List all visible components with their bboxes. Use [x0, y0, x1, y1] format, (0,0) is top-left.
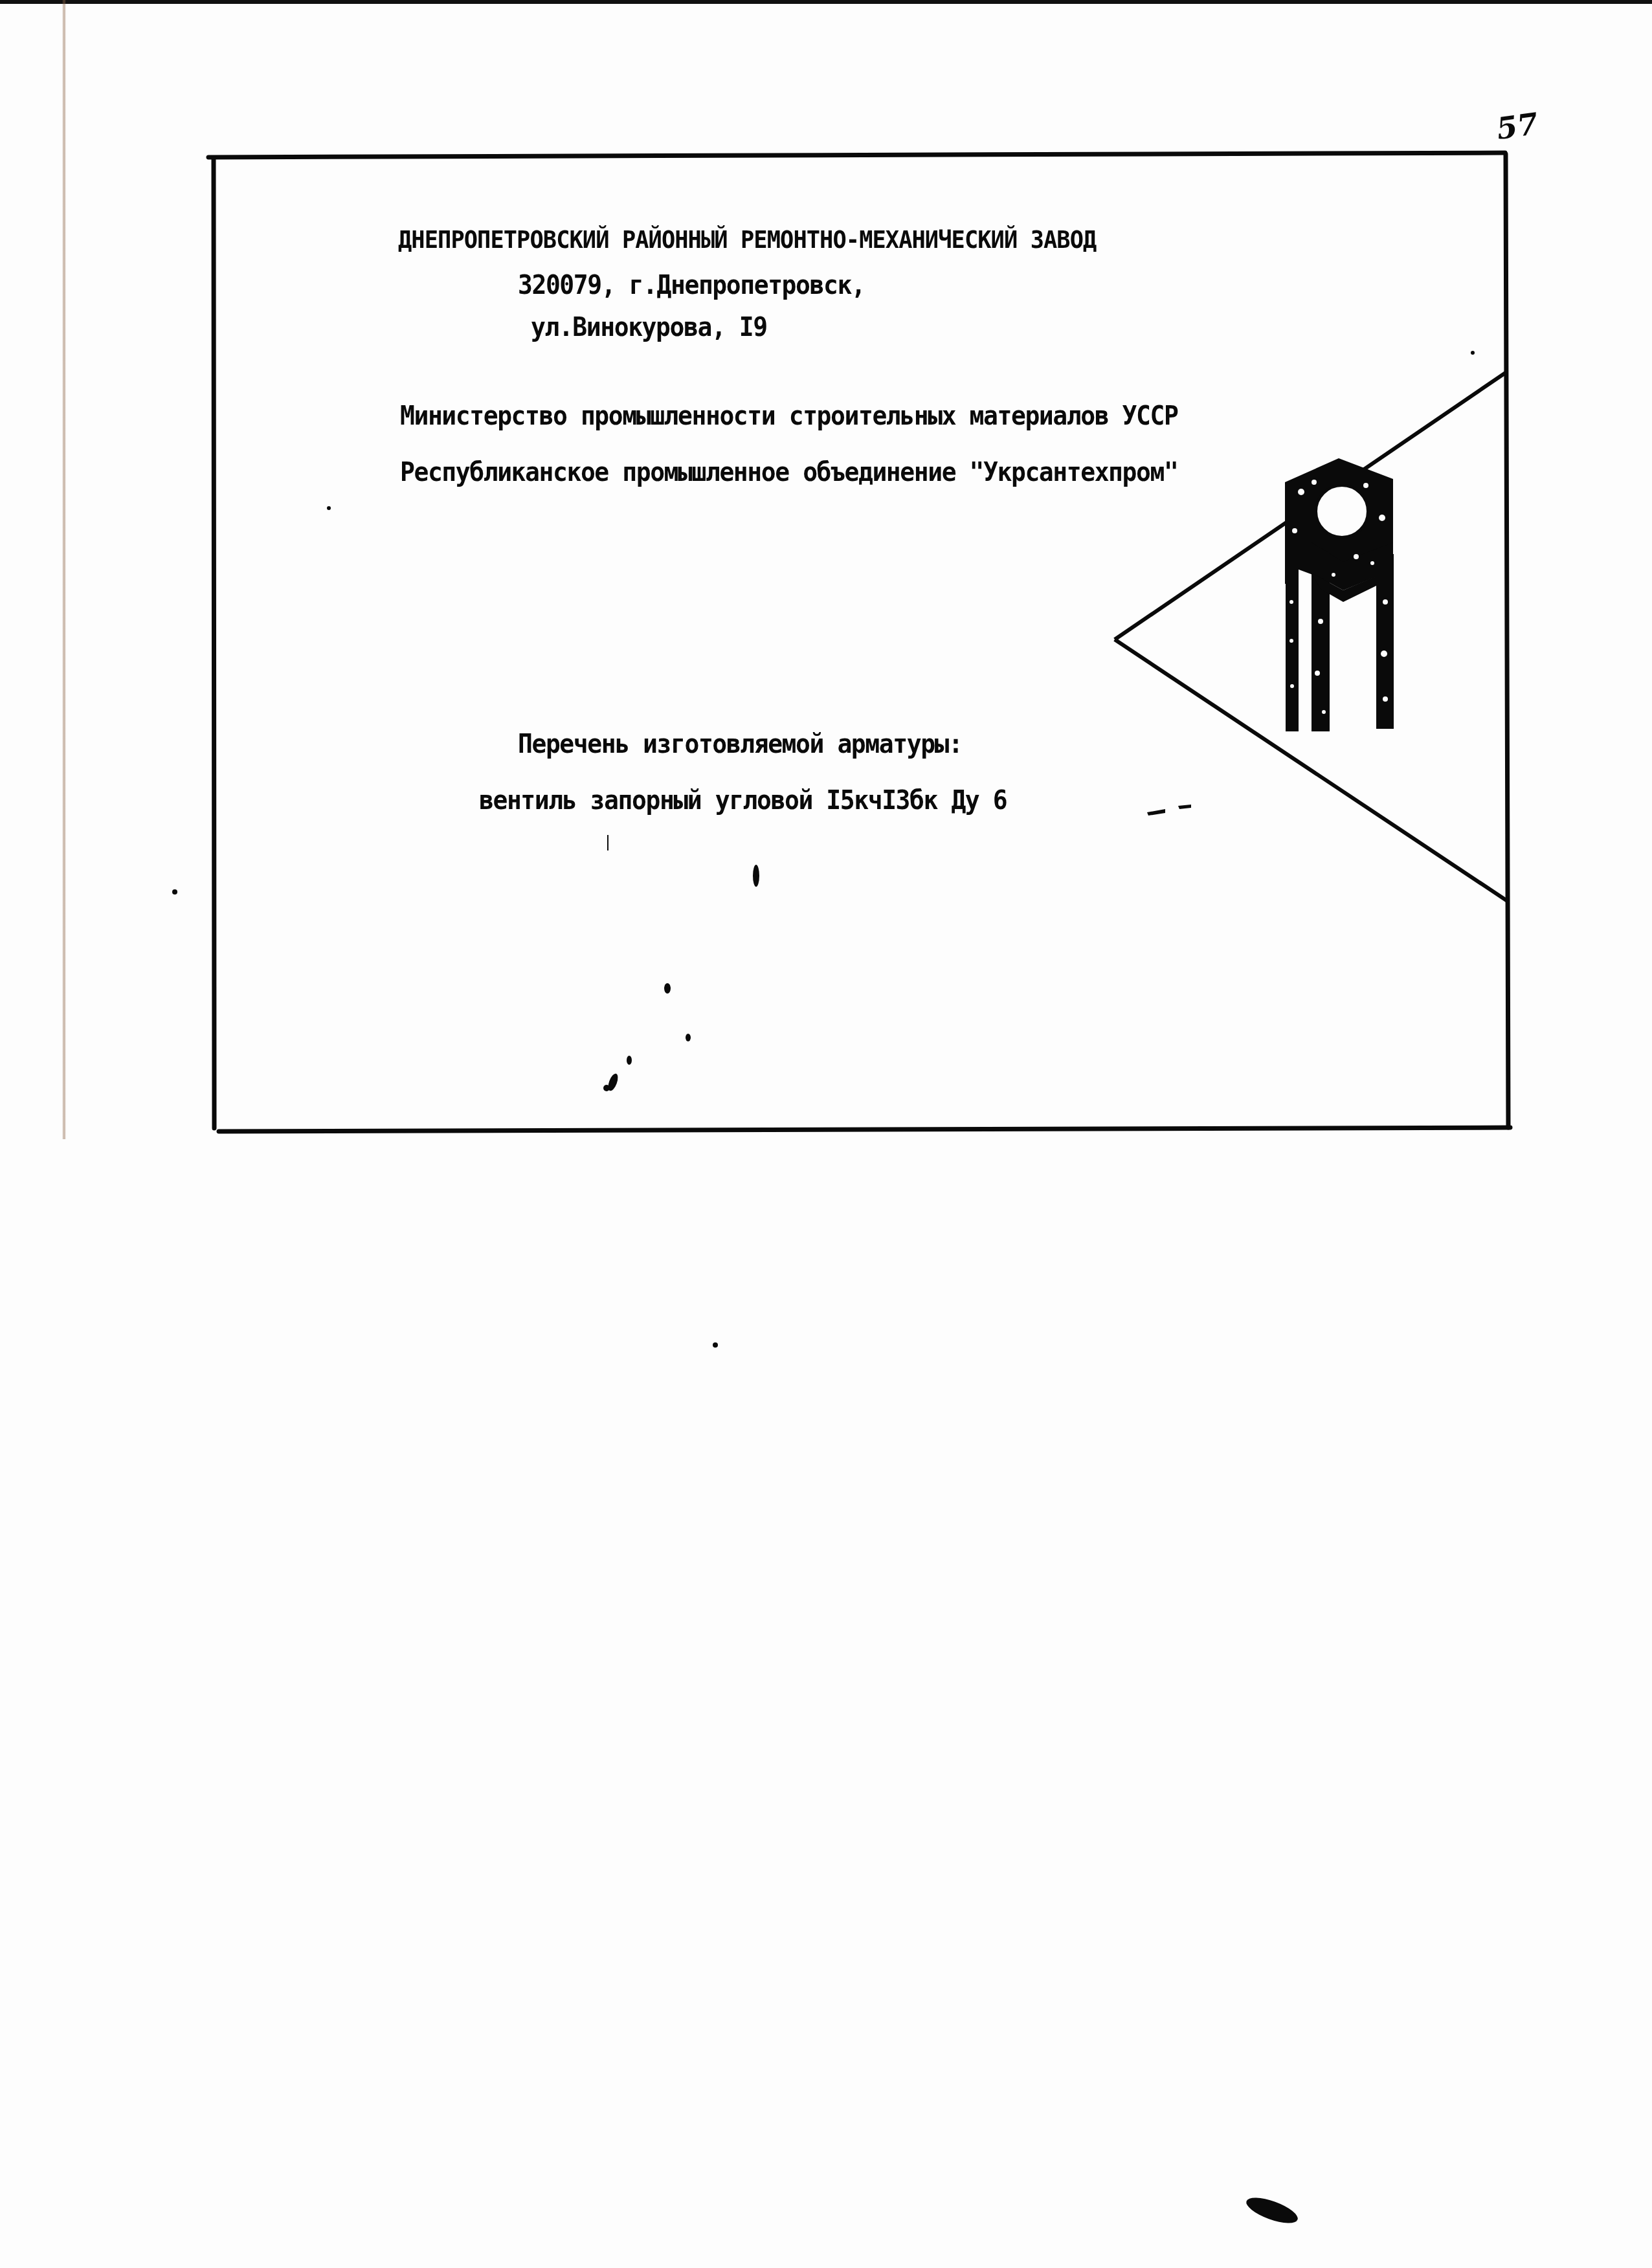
- hex-nut-letter-m-logo: [1285, 458, 1394, 731]
- product-list-item: вентиль запорный угловой I5кчI3бк Ду 6: [479, 786, 1007, 816]
- page-number: 57: [1495, 106, 1541, 146]
- scan-left-edge: [62, 0, 66, 1139]
- association-name: Республиканское промышленное объединение…: [400, 458, 1178, 487]
- ministry-name: Министерство промышленности строительных…: [400, 401, 1178, 431]
- organization-name: ДНЕПРОПЕТРОВСКИЙ РАЙОННЫЙ РЕМОНТНО-МЕХАН…: [398, 225, 1096, 254]
- pennant-triangle: [1115, 372, 1508, 902]
- product-list-title: Перечень изготовляемой арматуры:: [518, 729, 962, 759]
- scan-top-edge: [0, 0, 1652, 4]
- address-line-2: ул.Винокурова, I9: [531, 313, 767, 342]
- stray-ink-marks: [172, 351, 1475, 2229]
- address-line-1: 320079, г.Днепропетровск,: [518, 271, 865, 300]
- title-page-frame: [0, 0, 1652, 2268]
